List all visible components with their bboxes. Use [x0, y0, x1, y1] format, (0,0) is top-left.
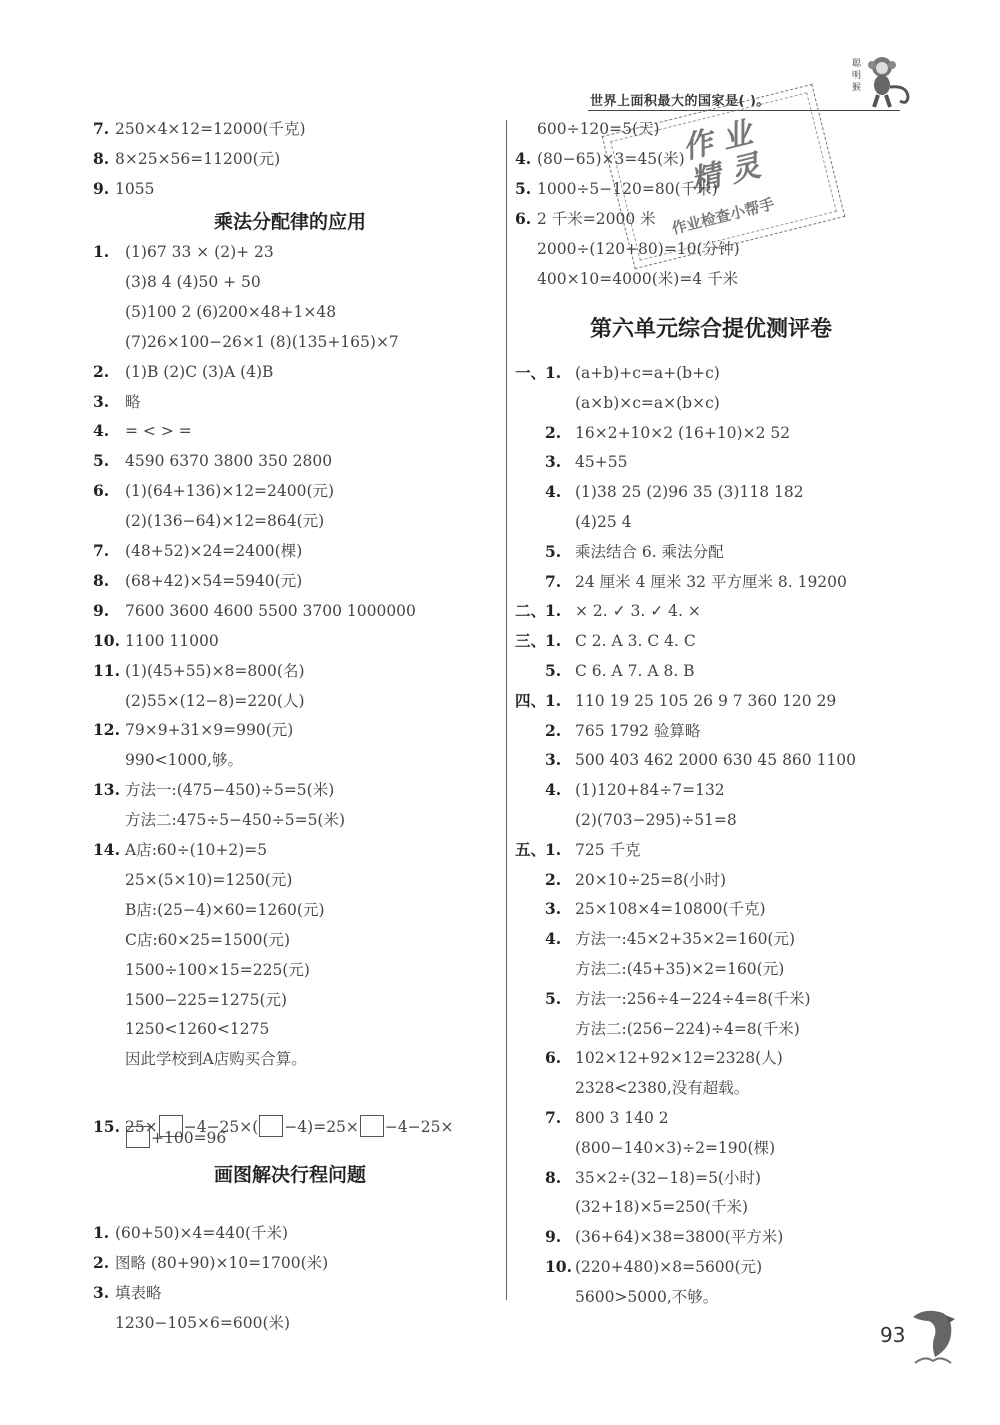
answer-line: 2.20×10÷25=8(小时) — [515, 870, 726, 890]
answer-text: (3)8 4 (4)50 + 50 — [125, 273, 261, 291]
answer-text: 略 — [125, 393, 141, 411]
section-prefix: 四、 — [515, 691, 545, 711]
answer-text: (80−65)×3=45(米) — [537, 150, 685, 168]
item-number: 9. — [545, 1227, 575, 1247]
answer-line: 9.7600 3600 4600 5500 3700 1000000 — [93, 601, 416, 621]
section-title: 画图解决行程问题 — [214, 1160, 366, 1187]
answer-text: (800−140×3)÷2=190(棵) — [575, 1139, 775, 1157]
answer-line: 3.25×108×4=10800(千克) — [515, 899, 766, 919]
answer-text: C 6. A 7. A 8. B — [575, 662, 695, 680]
blank-box — [259, 1115, 283, 1137]
monkey-mascot-icon — [862, 55, 917, 110]
answer-line: 8.(68+42)×54=5940(元) — [93, 571, 302, 591]
answer-line: 2328<2380,没有超载。 — [515, 1078, 749, 1098]
answer-text: 方法二:475÷5−450÷5=5(米) — [125, 811, 345, 829]
item-number: 5. — [545, 661, 575, 681]
item-number: 3. — [93, 1283, 115, 1303]
answer-line: 5.4590 6370 3800 350 2800 — [93, 451, 332, 471]
answer-text: (68+42)×54=5940(元) — [125, 572, 302, 590]
answer-text: 方法一:256÷4−224÷4=8(千米) — [575, 990, 811, 1008]
answer-line: 3.略 — [93, 392, 141, 412]
answer-text: 1500−225=1275(元) — [125, 991, 287, 1009]
answer-line: 4.(1)38 25 (2)96 35 (3)118 182 — [515, 482, 804, 502]
answer-text: C店:60×25=1500(元) — [125, 931, 290, 949]
answer-text: 25×108×4=10800(千克) — [575, 900, 766, 918]
item-number: 4. — [515, 149, 537, 169]
answer-text: 24 厘米 4 厘米 32 平方厘米 8. 19200 — [575, 573, 847, 591]
answer-line: 8.35×2÷(32−18)=5(小时) — [515, 1168, 761, 1188]
item-number: 1. — [545, 601, 575, 621]
answer-line: (a×b)×c=a×(b×c) — [515, 393, 720, 413]
answer-line: 4.= < > = — [93, 421, 192, 441]
item-number: 8. — [545, 1168, 575, 1188]
dolphin-icon — [905, 1305, 960, 1370]
answer-text: 20×10÷25=8(小时) — [575, 871, 726, 889]
answer-line: 5.方法一:256÷4−224÷4=8(千米) — [515, 989, 811, 1009]
answer-line: 7.(48+52)×24=2400(棵) — [93, 541, 302, 561]
item-number: 12. — [93, 720, 125, 740]
answer-text: 990<1000,够。 — [125, 751, 243, 769]
answer-line: (2)55×(12−8)=220(人) — [93, 691, 305, 711]
item-number: 7. — [545, 1108, 575, 1128]
item-number: 10. — [545, 1257, 575, 1277]
item-number: 3. — [545, 452, 575, 472]
answer-text: B店:(25−4)×60=1260(元) — [125, 901, 325, 919]
answer-line: 5600>5000,不够。 — [515, 1287, 718, 1307]
answer-line: 14.A店:60÷(10+2)=5 — [93, 840, 267, 860]
answer-text: 102×12+92×12=2328(人) — [575, 1049, 783, 1067]
answer-text: 2328<2380,没有超载。 — [575, 1079, 749, 1097]
answer-text: (1)(45+55)×8=800(名) — [125, 662, 305, 680]
section-prefix: 二、 — [515, 601, 545, 621]
answer-text: 7600 3600 4600 5500 3700 1000000 — [125, 602, 416, 620]
item-number: 5. — [545, 542, 575, 562]
answer-text: (4)25 4 — [575, 513, 631, 531]
answer-line: 方法二:(45+35)×2=160(元) — [515, 959, 784, 979]
answer-text: × 2. ✓ 3. ✓ 4. × — [575, 602, 701, 620]
answer-line: 4.(80−65)×3=45(米) — [515, 149, 685, 169]
answer-text: = < > = — [125, 422, 192, 440]
item-number: 1. — [545, 691, 575, 711]
answer-line: 9.1055 — [93, 179, 154, 199]
blank-box — [360, 1115, 384, 1137]
answer-line: 6.2 千米=2000 米 — [515, 209, 656, 229]
answer-line: (3)8 4 (4)50 + 50 — [93, 272, 261, 292]
answer-line: 7.24 厘米 4 厘米 32 平方厘米 8. 19200 — [515, 572, 847, 592]
answer-text: 4590 6370 3800 350 2800 — [125, 452, 332, 470]
item-number: 1. — [93, 1223, 115, 1243]
answer-text: (7)26×100−26×1 (8)(135+165)×7 — [125, 333, 399, 351]
answer-text: 方法一:45×2+35×2=160(元) — [575, 930, 795, 948]
answer-text: (2)55×(12−8)=220(人) — [125, 692, 305, 710]
answer-text: 400×10=4000(米)=4 千米 — [537, 270, 738, 288]
answer-line: 2000÷(120+80)=10(分钟) — [515, 239, 740, 259]
answer-line: (5)100 2 (6)200×48+1×48 — [93, 302, 336, 322]
answer-line: 1500÷100×15=225(元) — [93, 960, 310, 980]
answer-text: (36+64)×38=3800(平方米) — [575, 1228, 783, 1246]
answer-line: 1.(1)67 33 × (2)+ 23 — [93, 242, 274, 262]
item-number: 1. — [93, 242, 125, 262]
answer-text: 方法一:(475−450)÷5=5(米) — [125, 781, 334, 799]
item-number: 6. — [515, 209, 537, 229]
answer-line: 13.方法一:(475−450)÷5=5(米) — [93, 780, 334, 800]
answer-line: 8.8×25×56=11200(元) — [93, 149, 280, 169]
answer-line: 2.图略 (80+90)×10=1700(米) — [93, 1253, 328, 1273]
answer-text: 16×2+10×2 (16+10)×2 52 — [575, 424, 790, 442]
answer-text: 1100 11000 — [125, 632, 219, 650]
answer-line: 1250<1260<1275 — [93, 1019, 269, 1039]
item-number: 7. — [93, 541, 125, 561]
answer-text: 79×9+31×9=990(元) — [125, 721, 293, 739]
answer-line: 400×10=4000(米)=4 千米 — [515, 269, 738, 289]
answer-line: 5.乘法结合 6. 乘法分配 — [515, 542, 724, 562]
answer-line: 10.1100 11000 — [93, 631, 219, 651]
item-number: 2. — [545, 721, 575, 741]
answer-line: 4.(1)120+84÷7=132 — [515, 780, 725, 800]
answer-text: 600÷120=5(天) — [537, 120, 660, 138]
answer-text: 2 千米=2000 米 — [537, 210, 656, 228]
section-prefix: 五、 — [515, 840, 545, 860]
item-number: 2. — [545, 870, 575, 890]
answer-text: 方法二:(45+35)×2=160(元) — [575, 960, 784, 978]
answer-line: 2.(1)B (2)C (3)A (4)B — [93, 362, 273, 382]
answer-line: C店:60×25=1500(元) — [93, 930, 290, 950]
answer-text: 110 19 25 105 26 9 7 360 120 29 — [575, 692, 836, 710]
answer-text: 35×2÷(32−18)=5(小时) — [575, 1169, 761, 1187]
item-number: 5. — [545, 989, 575, 1009]
answer-text: (1)B (2)C (3)A (4)B — [125, 363, 273, 381]
answer-line: 3.45+55 — [515, 452, 627, 472]
answer-line: B店:(25−4)×60=1260(元) — [93, 900, 325, 920]
item-number: 5. — [93, 451, 125, 471]
item-number: 3. — [545, 899, 575, 919]
answer-line: 一、1.(a+b)+c=a+(b+c) — [515, 363, 720, 383]
answer-text: 1230−105×6=600(米) — [115, 1314, 290, 1332]
answer-line: 1230−105×6=600(米) — [93, 1313, 290, 1333]
page-number: 93 — [880, 1323, 905, 1347]
item-number: 2. — [93, 362, 125, 382]
answer-text: 乘法结合 6. 乘法分配 — [575, 543, 724, 561]
item-number: 1. — [545, 840, 575, 860]
item-number: 2. — [93, 1253, 115, 1273]
item-number: 8. — [93, 571, 125, 591]
answer-line: 25×(5×10)=1250(元) — [93, 870, 292, 890]
item-number: 6. — [545, 1048, 575, 1068]
answer-line: 7.800 3 140 2 — [515, 1108, 669, 1128]
item-number: 5. — [515, 179, 537, 199]
answer-text: 765 1792 验算略 — [575, 722, 700, 740]
answer-line: 2.16×2+10×2 (16+10)×2 52 — [515, 423, 790, 443]
answer-text: 1500÷100×15=225(元) — [125, 961, 310, 979]
item-number: 4. — [93, 421, 125, 441]
item-number: 2. — [545, 423, 575, 443]
answer-line: (800−140×3)÷2=190(棵) — [515, 1138, 775, 1158]
answer-text: (32+18)×5=250(千米) — [575, 1198, 748, 1216]
answer-text: (2)(136−64)×12=864(元) — [125, 512, 324, 530]
answer-text: 45+55 — [575, 453, 627, 471]
section-prefix: 一、 — [515, 363, 545, 383]
answer-line: 5.1000÷5−120=80(千米) — [515, 179, 718, 199]
blank-box — [126, 1126, 150, 1148]
answer-line: (4)25 4 — [515, 512, 631, 532]
item-number: 4. — [545, 929, 575, 949]
item-number: 1. — [545, 631, 575, 651]
item-number: 10. — [93, 631, 125, 651]
answer-line: 因此学校到A店购买合算。 — [93, 1049, 307, 1069]
section-prefix: 三、 — [515, 631, 545, 651]
item-number: 1. — [545, 363, 575, 383]
answer-text: (1)67 33 × (2)+ 23 — [125, 243, 274, 261]
section-title: 乘法分配律的应用 — [214, 207, 366, 234]
answer-line: (2)(136−64)×12=864(元) — [93, 511, 324, 531]
column-divider — [506, 120, 507, 1300]
answer-text: 填表略 — [115, 1284, 162, 1302]
item-number: 4. — [545, 482, 575, 502]
answer-line-15-cont: +100=96 — [125, 1126, 226, 1148]
item-number: 3. — [93, 392, 125, 412]
answer-line: 12.79×9+31×9=990(元) — [93, 720, 293, 740]
answer-text: C 2. A 3. C 4. C — [575, 632, 696, 650]
answer-line: 四、1.110 19 25 105 26 9 7 360 120 29 — [515, 691, 836, 711]
answer-line: 600÷120=5(天) — [515, 119, 660, 139]
answer-text: A店:60÷(10+2)=5 — [125, 841, 267, 859]
answer-text: 2000÷(120+80)=10(分钟) — [537, 240, 740, 258]
answer-line: 11.(1)(45+55)×8=800(名) — [93, 661, 305, 681]
answer-line: 二、1.× 2. ✓ 3. ✓ 4. × — [515, 601, 701, 621]
answer-line: 方法二:475÷5−450÷5=5(米) — [93, 810, 345, 830]
answer-text: (a+b)+c=a+(b+c) — [575, 364, 720, 382]
answer-text: (1)(64+136)×12=2400(元) — [125, 482, 334, 500]
answer-text: (1)120+84÷7=132 — [575, 781, 725, 799]
answer-line: 五、1.725 千克 — [515, 840, 641, 860]
answer-text: 25×(5×10)=1250(元) — [125, 871, 292, 889]
item-number: 3. — [545, 750, 575, 770]
answer-text: (48+52)×24=2400(棵) — [125, 542, 302, 560]
item-number: 7. — [545, 572, 575, 592]
answer-line: 6.(1)(64+136)×12=2400(元) — [93, 481, 334, 501]
answer-text: 1000÷5−120=80(千米) — [537, 180, 718, 198]
answer-line: (32+18)×5=250(千米) — [515, 1197, 748, 1217]
item-number: 14. — [93, 840, 125, 860]
answer-text: (1)38 25 (2)96 35 (3)118 182 — [575, 483, 804, 501]
answer-line: 三、1.C 2. A 3. C 4. C — [515, 631, 696, 651]
section-title: 第六单元综合提优测评卷 — [590, 312, 832, 343]
answer-text: (60+50)×4=440(千米) — [115, 1224, 288, 1242]
answer-line: (2)(703−295)÷51=8 — [515, 810, 737, 830]
answer-text: 500 403 462 2000 630 45 860 1100 — [575, 751, 856, 769]
item-number: 6. — [93, 481, 125, 501]
answer-text: (2)(703−295)÷51=8 — [575, 811, 737, 829]
item-number: 9. — [93, 601, 125, 621]
answer-line: 10.(220+480)×8=5600(元) — [515, 1257, 762, 1277]
answer-text: 5600>5000,不够。 — [575, 1288, 718, 1306]
answer-text: 图略 (80+90)×10=1700(米) — [115, 1254, 328, 1272]
answer-line: 6.102×12+92×12=2328(人) — [515, 1048, 783, 1068]
answer-line: 7.250×4×12=12000(千克) — [93, 119, 306, 139]
answer-text: (220+480)×8=5600(元) — [575, 1258, 762, 1276]
answer-line: 1500−225=1275(元) — [93, 990, 287, 1010]
answer-line: 990<1000,够。 — [93, 750, 243, 770]
answer-text: 1250<1260<1275 — [125, 1020, 269, 1038]
answer-line: 2.765 1792 验算略 — [515, 721, 700, 741]
answer-text: (a×b)×c=a×(b×c) — [575, 394, 720, 412]
answer-line: (7)26×100−26×1 (8)(135+165)×7 — [93, 332, 399, 352]
answer-line: 3.500 403 462 2000 630 45 860 1100 — [515, 750, 856, 770]
answer-line: 方法二:(256−224)÷4=8(千米) — [515, 1019, 800, 1039]
answer-text: 725 千克 — [575, 841, 641, 859]
item-number: 4. — [545, 780, 575, 800]
answer-text: 800 3 140 2 — [575, 1109, 669, 1127]
answer-text: 因此学校到A店购买合算。 — [125, 1050, 307, 1068]
answer-line: 3.填表略 — [93, 1283, 162, 1303]
answer-text: (5)100 2 (6)200×48+1×48 — [125, 303, 336, 321]
item-number: 13. — [93, 780, 125, 800]
answer-line: 1.(60+50)×4=440(千米) — [93, 1223, 288, 1243]
answer-line: 5.C 6. A 7. A 8. B — [515, 661, 695, 681]
answer-text: 方法二:(256−224)÷4=8(千米) — [575, 1020, 800, 1038]
answer-line: 4.方法一:45×2+35×2=160(元) — [515, 929, 795, 949]
item-number: 11. — [93, 661, 125, 681]
answer-line: 9.(36+64)×38=3800(平方米) — [515, 1227, 783, 1247]
